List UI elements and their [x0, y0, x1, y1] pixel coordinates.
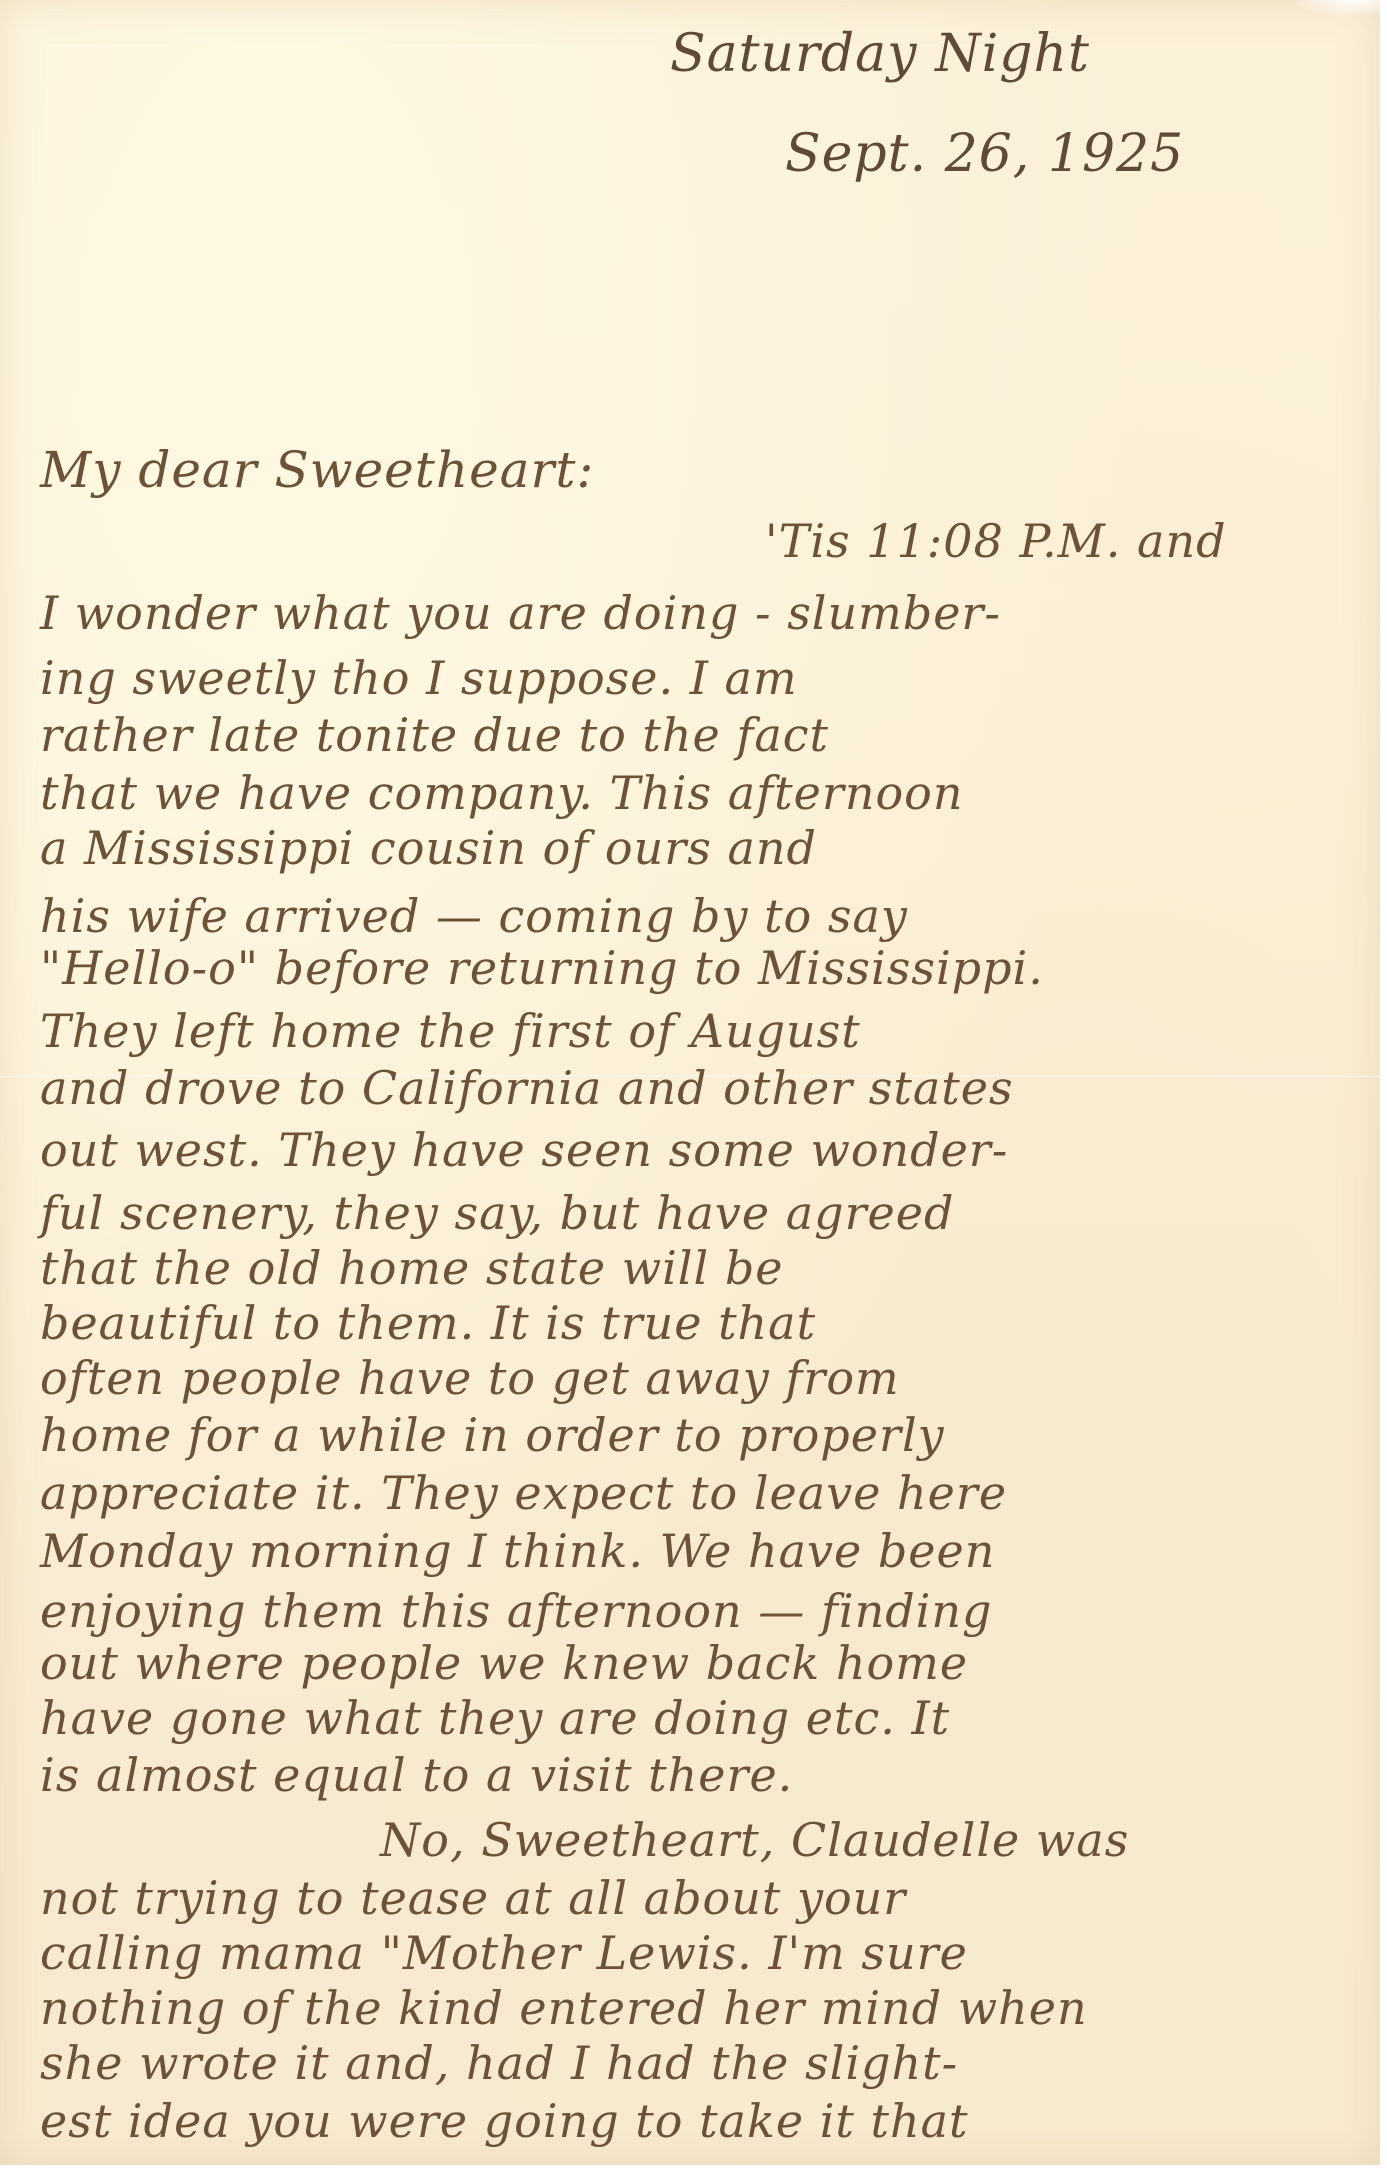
- letter-line: appreciate it. They expect to leave here: [40, 1470, 1007, 1516]
- letter-day: Saturday Night: [670, 28, 1090, 80]
- letter-line: and drove to California and other states: [40, 1065, 1014, 1111]
- letter-page: Saturday Night Sept. 26, 1925 My dear Sw…: [0, 0, 1380, 2165]
- letter-line: They left home the first of August: [40, 1008, 861, 1054]
- letter-line: often people have to get away from: [40, 1355, 900, 1401]
- letter-line: calling mama "Mother Lewis. I'm sure: [40, 1930, 968, 1976]
- letter-line: I wonder what you are doing - slumber-: [40, 590, 1001, 636]
- letter-line: ing sweetly tho I suppose. I am: [40, 655, 798, 701]
- letter-line: enjoying them this afternoon — finding: [40, 1588, 992, 1634]
- letter-line: have gone what they are doing etc. It: [40, 1695, 950, 1741]
- letter-line: est idea you were going to take it that: [40, 2098, 969, 2144]
- letter-salutation: My dear Sweetheart:: [40, 445, 594, 495]
- letter-line: not trying to tease at all about your: [40, 1875, 906, 1921]
- letter-date: Sept. 26, 1925: [785, 128, 1184, 180]
- letter-line: that the old home state will be: [40, 1245, 784, 1291]
- letter-line: his wife arrived — coming by to say: [40, 893, 908, 939]
- letter-line: she wrote it and, had I had the slight-: [40, 2040, 958, 2086]
- letter-line: home for a while in order to properly: [40, 1412, 945, 1458]
- paper-corner-wear: [1290, 0, 1380, 18]
- letter-line: out west. They have seen some wonder-: [40, 1127, 1008, 1173]
- letter-line: nothing of the kind entered her mind whe…: [40, 1985, 1088, 2031]
- letter-line: that we have company. This afternoon: [40, 770, 963, 816]
- letter-line: a Mississippi cousin of ours and: [40, 825, 817, 871]
- letter-line: is almost equal to a visit there.: [40, 1752, 793, 1798]
- letter-line: rather late tonite due to the fact: [40, 712, 829, 758]
- letter-line: beautiful to them. It is true that: [40, 1300, 816, 1346]
- letter-line: Monday morning I think. We have been: [40, 1528, 995, 1574]
- letter-line: "Hello-o" before returning to Mississipp…: [40, 945, 1044, 991]
- letter-line: No, Sweetheart, Claudelle was: [380, 1817, 1129, 1863]
- letter-line: 'Tis 11:08 P.M. and: [765, 518, 1227, 564]
- letter-line: out where people we knew back home: [40, 1640, 968, 1686]
- letter-line: ful scenery, they say, but have agreed: [40, 1190, 954, 1236]
